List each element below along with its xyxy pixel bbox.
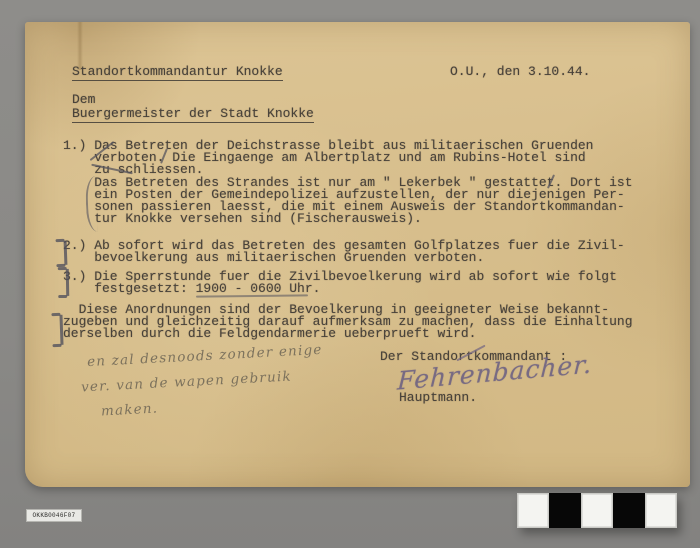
order-item-1: 1.) Das Betreten der Deichstrasse bleibt… <box>63 140 633 225</box>
inventory-label-text: OKKB0046F07 <box>33 512 76 519</box>
recipient-name: Buergermeister der Stadt Knokke <box>72 108 314 120</box>
handwritten-note-line-2: ver. van de wapen gebruik <box>81 368 292 395</box>
closing-paragraph: Diese Anordnungen sind der Bevoelkerung … <box>63 304 633 341</box>
calibration-square-white-3 <box>645 493 677 528</box>
inventory-label: OKKB0046F07 <box>26 509 82 522</box>
signature-rank: Hauptmann. <box>399 392 477 404</box>
curfew-underline-mark <box>196 294 308 297</box>
sender-text: Standortkommandantur Knokke <box>72 64 283 81</box>
paper-crease <box>77 22 83 70</box>
date-line: O.U., den 3.10.44. <box>450 66 590 78</box>
margin-bracket-item3 <box>57 269 69 296</box>
order-item-2: 2.) Ab sofort wird das Betreten des gesa… <box>63 240 625 264</box>
handwritten-note-line-3: maken. <box>101 401 159 420</box>
order-item-3: 3.) Die Sperrstunde fuer die Zivilbevoel… <box>63 271 617 295</box>
handwritten-note-line-1: en zal desnoods zonder enige <box>87 342 323 370</box>
letterhead-sender: Standortkommandantur Knokke <box>72 66 283 78</box>
margin-bracket-item2 <box>55 241 68 265</box>
recipient-text: Buergermeister der Stadt Knokke <box>72 106 314 123</box>
calibration-strip <box>517 493 677 528</box>
document-paper: Standortkommandantur Knokke O.U., den 3.… <box>25 22 690 487</box>
calibration-square-white-2 <box>581 493 613 528</box>
calibration-square-black-1 <box>549 493 581 528</box>
recipient-salutation: Dem <box>72 94 95 106</box>
calibration-square-white-1 <box>517 493 549 528</box>
calibration-square-black-2 <box>613 493 645 528</box>
margin-bracket-closing <box>50 315 63 345</box>
